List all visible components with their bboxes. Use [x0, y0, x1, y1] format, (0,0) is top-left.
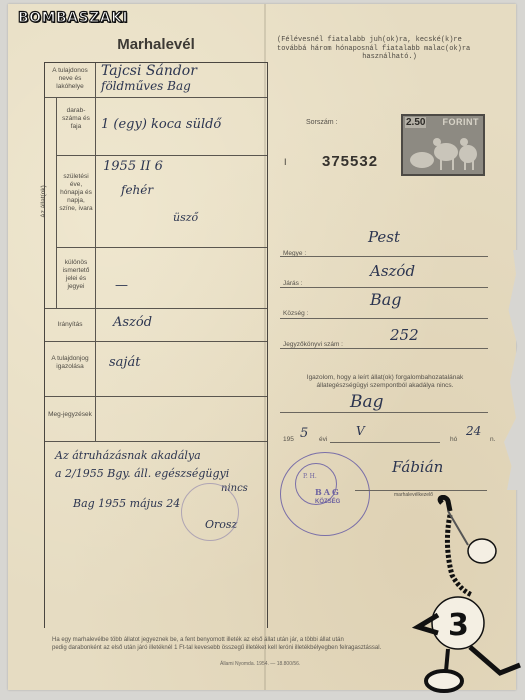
watermark-logo: BOMBASZAKI: [18, 10, 128, 26]
usage-note-line1: (Félévesnél fiatalabb juh(ok)ra, kecské(…: [277, 36, 462, 44]
transfer-note-date: Bag 1955 május 24: [73, 497, 180, 510]
month-value: V: [356, 424, 365, 438]
record-number-label: Jegyzőkönyvi szám :: [283, 341, 343, 348]
group-divider: [56, 97, 57, 308]
usage-note-line2: továbbá három hónaposnál fiatalabb malac…: [277, 45, 470, 53]
signature-line: [355, 490, 487, 491]
seal-ph: P. H.: [303, 473, 317, 480]
count-type-value: 1 (egy) koca süldő: [101, 117, 221, 132]
village-label: Község :: [283, 310, 308, 317]
owner-name: Tajcsi Sándor: [101, 63, 197, 79]
district-label: Járás :: [283, 280, 303, 287]
district-line: [280, 287, 488, 288]
seal-kozseg: KÖZSÉG: [315, 499, 340, 505]
record-number-line: [280, 348, 488, 349]
county-line: [280, 256, 488, 257]
owner-residence: földműves Bag: [101, 79, 191, 93]
birth-date-value: 1955 II 6: [103, 159, 163, 174]
serial-prefix: I: [284, 157, 287, 167]
printer-imprint: Állami Nyomda. 1954. — 18.800/56.: [220, 661, 300, 667]
day-value: 24: [466, 424, 481, 438]
year-word: évi: [319, 436, 327, 443]
revenue-stamp: 2.50 FORINT: [401, 114, 485, 176]
village-value: Bag: [370, 290, 402, 309]
row-divider: [45, 97, 267, 98]
direction-label: Irányítás: [47, 321, 93, 329]
table-divider: [95, 63, 96, 441]
group-label: Az állat(ok): [40, 185, 47, 218]
district-value: Aszód: [370, 262, 415, 280]
row-divider: [45, 396, 267, 397]
stamp-value: 2.50: [405, 117, 426, 128]
place-line: [280, 412, 488, 413]
transfer-note-line2: a 2/1955 Bgy. áll. egészségügyi: [55, 467, 229, 480]
day-suffix: n.: [490, 436, 495, 443]
stamp-currency: FORINT: [443, 117, 480, 127]
owner-label: A tulajdonos neve és lakóhelye: [47, 67, 93, 91]
row-divider: [45, 341, 267, 342]
row-divider: [56, 247, 267, 248]
month-word: hó: [450, 436, 457, 443]
sex-value: üsző: [173, 211, 198, 224]
year-prefix: 195: [283, 436, 294, 443]
marks-value: —: [115, 278, 128, 293]
usage-note: (Félévesnél fiatalabb juh(ok)ra, kecské(…: [277, 36, 502, 62]
animal-details-table: A tulajdonos neve és lakóhelye Az állat(…: [44, 62, 268, 628]
seal-village: BAG: [315, 487, 341, 497]
month-line: [330, 442, 440, 443]
count-type-label: darab-száma és faja: [58, 107, 94, 131]
form-title: Marhalevél: [96, 36, 216, 53]
health-certification: Igazolom, hogy a leírt állat(ok) forgalo…: [282, 374, 488, 390]
year-suffix: 5: [300, 426, 308, 441]
faint-seal: [181, 483, 239, 541]
serial-label: Sorszám :: [306, 119, 338, 126]
transfer-note-line1: Az átruházásnak akadálya: [55, 449, 201, 462]
serial-number: 375532: [322, 153, 378, 170]
official-signature: Fábián: [392, 458, 443, 476]
direction-value: Aszód: [113, 315, 152, 330]
county-value: Pest: [368, 228, 400, 246]
row-divider: [45, 441, 267, 442]
village-line: [280, 318, 488, 319]
record-number-value: 252: [390, 326, 419, 344]
color-value: fehér: [121, 183, 153, 197]
mascot-number: 3: [448, 608, 469, 643]
ownership-proof-value: saját: [109, 355, 140, 370]
row-divider: [56, 155, 267, 156]
official-seal: P. H. BAG KÖZSÉG: [280, 452, 370, 536]
birth-color-sex-label: születési éve, hónapja és napja, színe, …: [58, 173, 94, 213]
ownership-proof-label: A tulajdonjog igazolása: [47, 355, 93, 371]
sheep-icon: [404, 130, 484, 174]
marks-label: különös ismertető jelei és jegyei: [58, 259, 94, 291]
certification-place: Bag: [350, 392, 384, 412]
usage-note-line3: használható.): [277, 53, 502, 62]
row-divider: [45, 308, 267, 309]
remarks-label: Meg-jegyzések: [47, 411, 93, 419]
bomb-mascot-icon: 3: [410, 495, 525, 700]
